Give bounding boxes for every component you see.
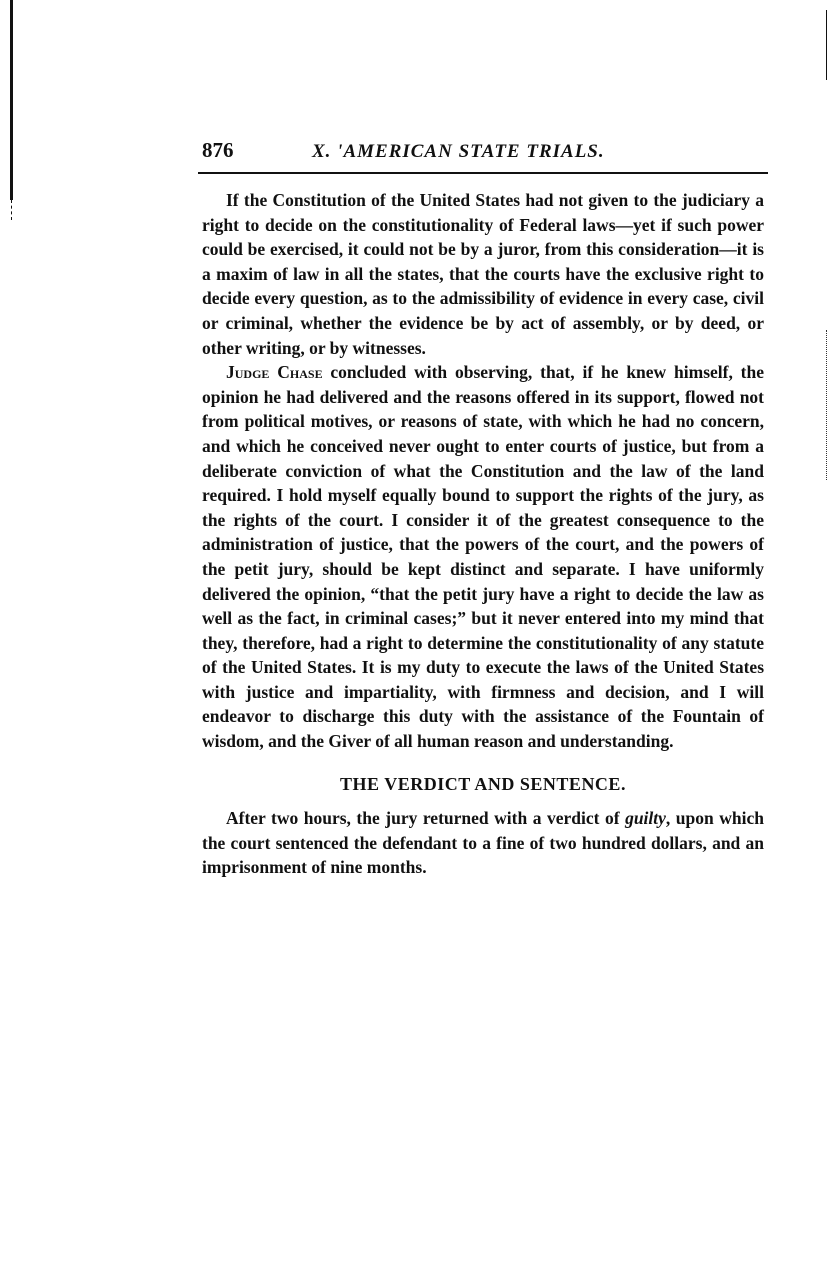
section-heading: THE VERDICT AND SENTENCE. [202, 772, 764, 797]
scan-edge-left [10, 0, 13, 200]
running-head: 876 X. 'AMERICAN STATE TRIALS. [202, 138, 764, 168]
scan-edge-right-dots [826, 330, 827, 480]
speaker-name: Judge Chase [226, 362, 323, 382]
verdict-emphasis: guilty [625, 808, 666, 828]
paragraph-1-text: If the Constitution of the United States… [202, 190, 764, 358]
paragraph-2-text: concluded with observing, that, if he kn… [202, 362, 764, 751]
header-rule [198, 172, 768, 174]
closing-text-before: After two hours, the jury returned with … [226, 808, 625, 828]
running-title: X. 'AMERICAN STATE TRIALS. [312, 141, 605, 163]
closing-paragraph: After two hours, the jury returned with … [202, 806, 764, 880]
book-page: 876 X. 'AMERICAN STATE TRIALS. If the Co… [202, 138, 764, 880]
scan-edge-left-dots [11, 200, 13, 220]
paragraph-1: If the Constitution of the United States… [202, 188, 764, 360]
paragraph-2: Judge Chase concluded with observing, th… [202, 360, 764, 754]
body-text: If the Constitution of the United States… [202, 188, 764, 880]
page-number: 876 [202, 138, 312, 163]
scan-edge-right [826, 10, 827, 80]
